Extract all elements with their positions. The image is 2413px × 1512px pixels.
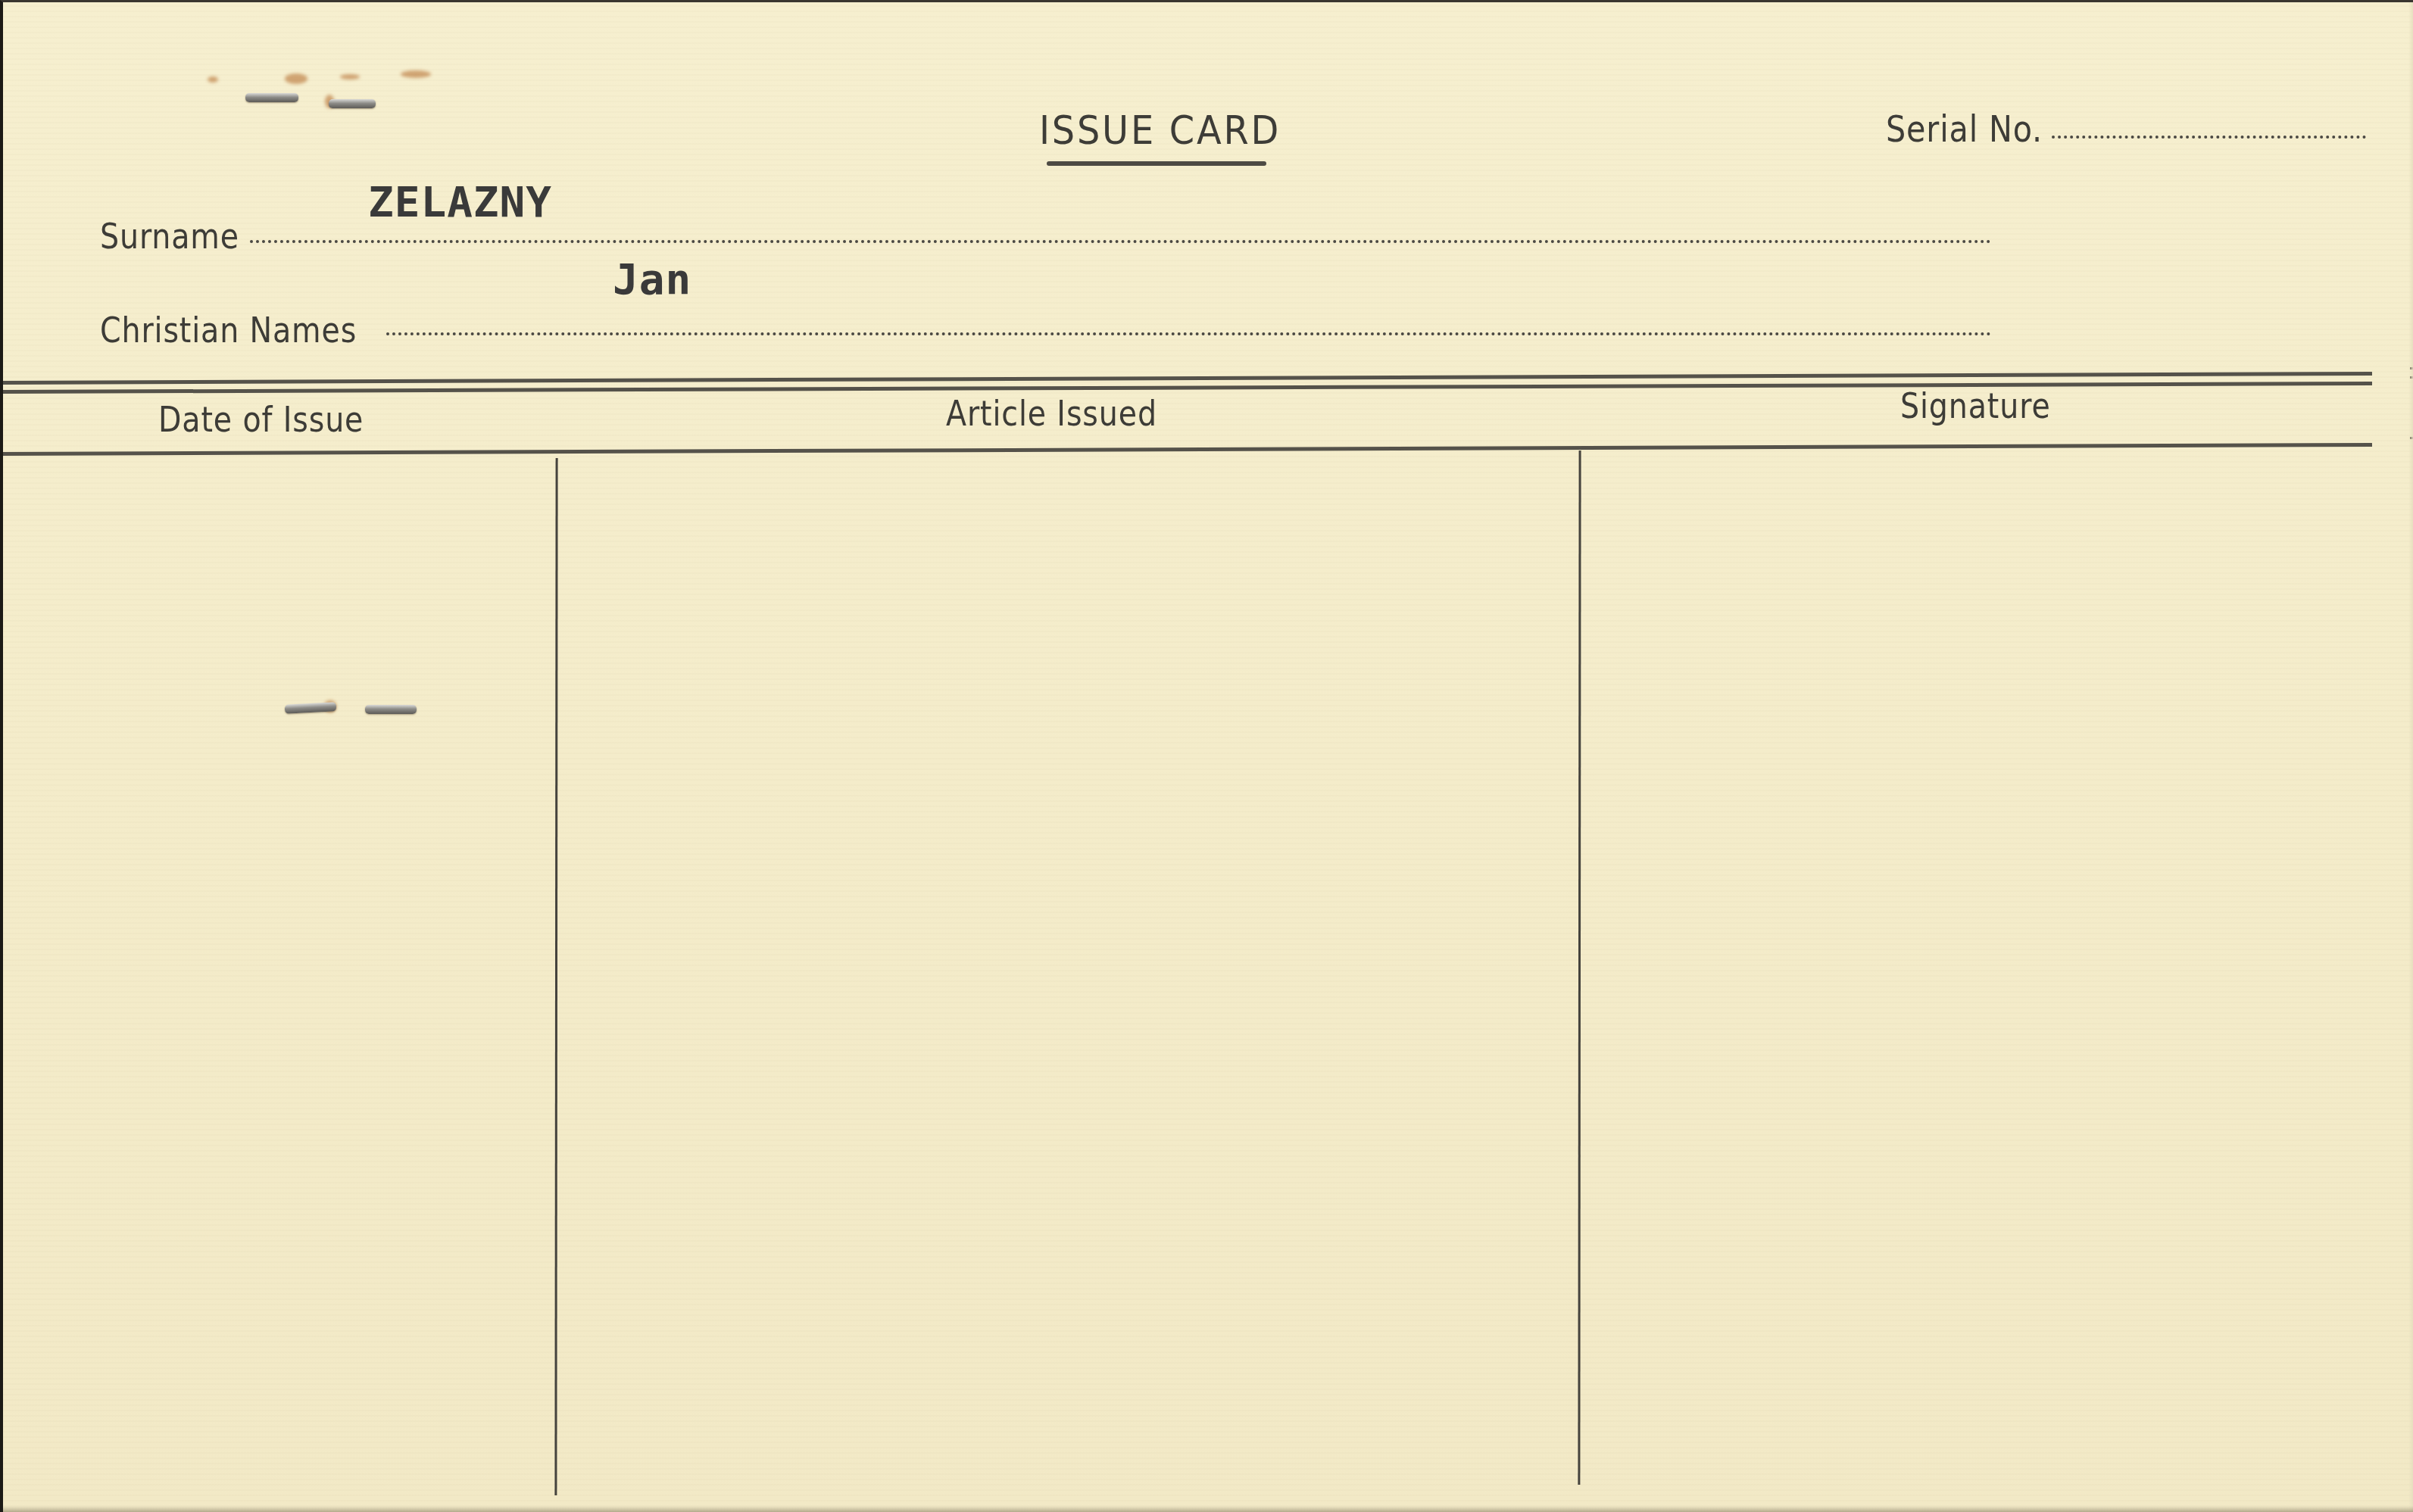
christian-names-field[interactable] — [386, 332, 1992, 335]
signature-column[interactable] — [1581, 450, 2369, 1495]
rust-stain — [401, 70, 431, 78]
christian-names-value: Jan — [613, 255, 691, 304]
title-underline — [1047, 161, 1266, 166]
date-of-issue-column[interactable] — [3, 458, 554, 1503]
staple-top-right-icon — [329, 99, 376, 108]
christian-names-label: Christian Names — [100, 310, 357, 351]
serial-number-label: Serial No. — [1886, 108, 2043, 151]
serial-number-field[interactable] — [2052, 136, 2366, 139]
card-title: ISSUE CARD — [1039, 108, 1281, 154]
rust-stain — [208, 76, 218, 83]
staple-top-left-icon — [245, 93, 298, 102]
rust-stain — [285, 73, 307, 84]
card-bottom-edge — [3, 1506, 2413, 1512]
article-issued-column[interactable] — [558, 458, 1577, 1503]
column-header-signature: Signature — [1900, 385, 2051, 426]
column-header-date-of-issue: Date of Issue — [158, 399, 364, 440]
column-divider-1 — [554, 458, 557, 1495]
column-header-article-issued: Article Issued — [946, 393, 1157, 434]
surname-value: ZELAZNY — [368, 178, 552, 227]
rust-stain — [340, 74, 360, 79]
surname-field[interactable] — [250, 240, 1992, 243]
issue-card: ISSUE CARD Serial No. ZELAZNY Surname Ja… — [0, 0, 2413, 1512]
surname-label: Surname — [100, 216, 239, 257]
card-right-edge — [2408, 2, 2413, 1512]
column-divider-2 — [1578, 450, 1581, 1485]
